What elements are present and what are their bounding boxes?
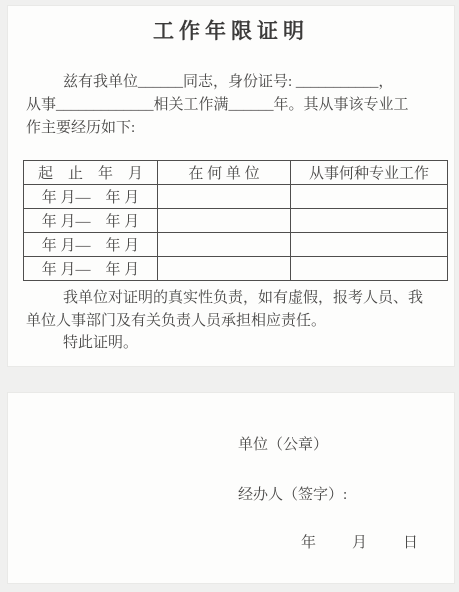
unit-seal-label: 单位（公章） <box>238 436 328 454</box>
header-cell-unit: 在 何 单 位 <box>158 161 291 185</box>
page-title: 工作年限证明 <box>8 19 454 45</box>
work-history-table: 起 止 年 月 在 何 单 位 从事何种专业工作 年 月— 年 月 年 月— 年… <box>23 160 448 281</box>
intro-line-3: 作主要经历如下: <box>26 117 442 140</box>
intro-line-1: 兹有我单位______同志，身份证号: ___________， <box>26 71 442 94</box>
cell-period: 年 月— 年 月 <box>24 257 158 281</box>
handler-signature-label: 经办人（签字）: <box>238 486 347 504</box>
table-row: 年 月— 年 月 <box>24 185 448 209</box>
cell-unit <box>158 233 291 257</box>
closing-line: 特此证明。 <box>26 332 442 355</box>
declaration-paragraph: 我单位对证明的真实性负责，如有虚假，报考人员、我 单位人事部门及有关负责人员承担… <box>26 287 442 332</box>
cell-unit <box>158 209 291 233</box>
cell-period: 年 月— 年 月 <box>24 233 158 257</box>
screenshot-root: 工作年限证明 兹有我单位______同志，身份证号: ___________， … <box>0 0 459 592</box>
intro-line-2: 从事_____________相关工作满______年。其从事该专业工 <box>26 94 442 117</box>
cell-work <box>291 209 448 233</box>
table-row: 年 月— 年 月 <box>24 209 448 233</box>
declaration-line-2: 单位人事部门及有关负责人员承担相应责任。 <box>26 310 442 333</box>
table-row: 年 月— 年 月 <box>24 257 448 281</box>
table-header-row: 起 止 年 月 在 何 单 位 从事何种专业工作 <box>24 161 448 185</box>
cell-period: 年 月— 年 月 <box>24 209 158 233</box>
cell-unit <box>158 185 291 209</box>
signature-card: 单位（公章） 经办人（签字）: 年 月 日 <box>7 392 455 584</box>
header-cell-work: 从事何种专业工作 <box>291 161 448 185</box>
cell-work <box>291 233 448 257</box>
table-row: 年 月— 年 月 <box>24 233 448 257</box>
cell-work <box>291 257 448 281</box>
work-history-table-header: 起 止 年 月 在 何 单 位 从事何种专业工作 <box>24 161 448 185</box>
intro-paragraph: 兹有我单位______同志，身份证号: ___________， 从事_____… <box>26 71 442 140</box>
cell-work <box>291 185 448 209</box>
cell-period: 年 月— 年 月 <box>24 185 158 209</box>
certificate-card: 工作年限证明 兹有我单位______同志，身份证号: ___________， … <box>7 5 455 367</box>
header-cell-period: 起 止 年 月 <box>24 161 158 185</box>
declaration-line-1: 我单位对证明的真实性负责，如有虚假，报考人员、我 <box>26 287 442 310</box>
date-line: 年 月 日 <box>301 534 420 552</box>
cell-unit <box>158 257 291 281</box>
work-history-table-body: 年 月— 年 月 年 月— 年 月 年 月— 年 月 年 月— 年 月 <box>24 185 448 281</box>
